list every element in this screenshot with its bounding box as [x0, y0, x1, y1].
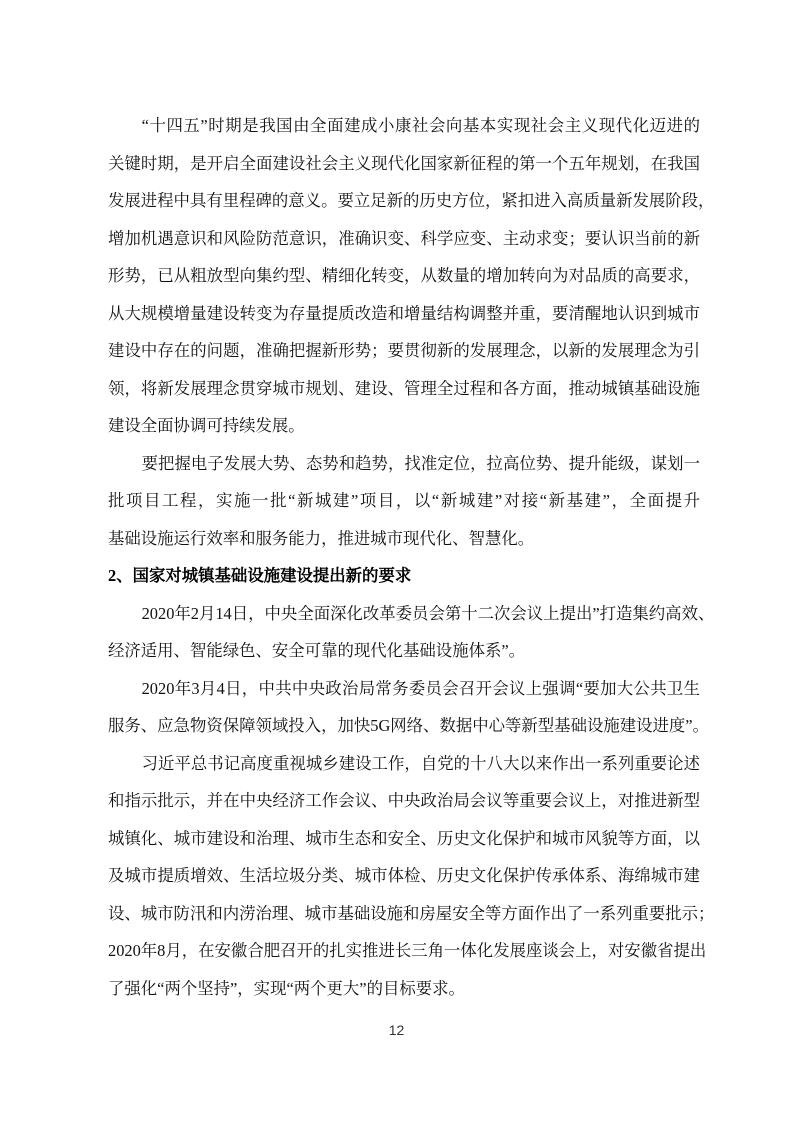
- text-line: 了强化“两个坚持”，实现“两个更大”的目标要求。: [108, 970, 700, 1008]
- page-number: 12: [389, 1022, 405, 1038]
- paragraph-2: 要把握电子发展大势、态势和趋势，找准定位，拉高位势、提升能级，谋划一 批项目工程…: [108, 445, 700, 558]
- text-line: 习近平总书记高度重视城乡建设工作，自党的十八大以来作出一系列重要论述: [108, 745, 700, 783]
- text-line: 城镇化、城市建设和治理、城市生态和安全、历史文化保护和城市风貌等方面，以: [108, 820, 700, 858]
- text-line: 经济适用、智能绿色、安全可靠的现代化基础设施体系”。: [108, 632, 700, 670]
- page-content: “十四五”时期是我国由全面建成小康社会向基本实现社会主义现代化迈进的 关键时期，…: [108, 107, 700, 1007]
- paragraph-1: “十四五”时期是我国由全面建成小康社会向基本实现社会主义现代化迈进的 关键时期，…: [108, 107, 700, 445]
- paragraph-4: 2020年3月4日，中共中央政治局常务委员会召开会议上强调“要加大公共卫生 服务…: [108, 670, 700, 745]
- text-line: 服务、应急物资保障领域投入，加快5G网络、数据中心等新型基础设施建设进度”。: [108, 707, 700, 745]
- text-line: 发展进程中具有里程碑的意义。要立足新的历史方位，紧扣进入高质量新发展阶段，: [108, 182, 700, 220]
- document-page: “十四五”时期是我国由全面建成小康社会向基本实现社会主义现代化迈进的 关键时期，…: [0, 0, 793, 1122]
- text-line: 2020年3月4日，中共中央政治局常务委员会召开会议上强调“要加大公共卫生: [108, 670, 700, 708]
- text-line: 形势，已从粗放型向集约型、精细化转变，从数量的增加转向为对品质的高要求，: [108, 257, 700, 295]
- text-line: “十四五”时期是我国由全面建成小康社会向基本实现社会主义现代化迈进的: [108, 107, 700, 145]
- text-line: 及城市提质增效、生活垃圾分类、城市体检、历史文化保护传承体系、海绵城市建: [108, 857, 700, 895]
- paragraph-3: 2020年2月14日，中央全面深化改革委员会第十二次会议上提出”打造集约高效、 …: [108, 595, 700, 670]
- text-line: 要把握电子发展大势、态势和趋势，找准定位，拉高位势、提升能级，谋划一: [108, 445, 700, 483]
- text-line: 建设全面协调可持续发展。: [108, 407, 700, 445]
- text-line: 关键时期，是开启全面建设社会主义现代化国家新征程的第一个五年规划，在我国: [108, 145, 700, 183]
- text-line: 从大规模增量建设转变为存量提质改造和增量结构调整并重，要清醒地认识到城市: [108, 295, 700, 333]
- paragraph-5: 习近平总书记高度重视城乡建设工作，自党的十八大以来作出一系列重要论述 和指示批示…: [108, 745, 700, 1008]
- text-line: 和指示批示，并在中央经济工作会议、中央政治局会议等重要会议上，对推进新型: [108, 782, 700, 820]
- text-line: 基础设施运行效率和服务能力，推进城市现代化、智慧化。: [108, 520, 700, 558]
- text-line: 领，将新发展理念贯穿城市规划、建设、管理全过程和各方面，推动城镇基础设施: [108, 370, 700, 408]
- text-line: 批项目工程，实施一批“新城建”项目，以“新城建”对接“新基建”，全面提升: [108, 482, 700, 520]
- section-heading: 2、国家对城镇基础设施建设提出新的要求: [108, 557, 700, 595]
- page-footer: 12: [0, 1021, 793, 1039]
- text-line: 2020年2月14日，中央全面深化改革委员会第十二次会议上提出”打造集约高效、: [108, 595, 700, 633]
- text-line: 设、城市防汛和内涝治理、城市基础设施和房屋安全等方面作出了一系列重要批示；: [108, 895, 700, 933]
- text-line: 2020年8月，在安徽合肥召开的扎实推进长三角一体化发展座谈会上，对安徽省提出: [108, 932, 700, 970]
- text-line: 增加机遇意识和风险防范意识，准确识变、科学应变、主动求变；要认识当前的新: [108, 220, 700, 258]
- text-line: 建设中存在的问题，准确把握新形势；要贯彻新的发展理念，以新的发展理念为引: [108, 332, 700, 370]
